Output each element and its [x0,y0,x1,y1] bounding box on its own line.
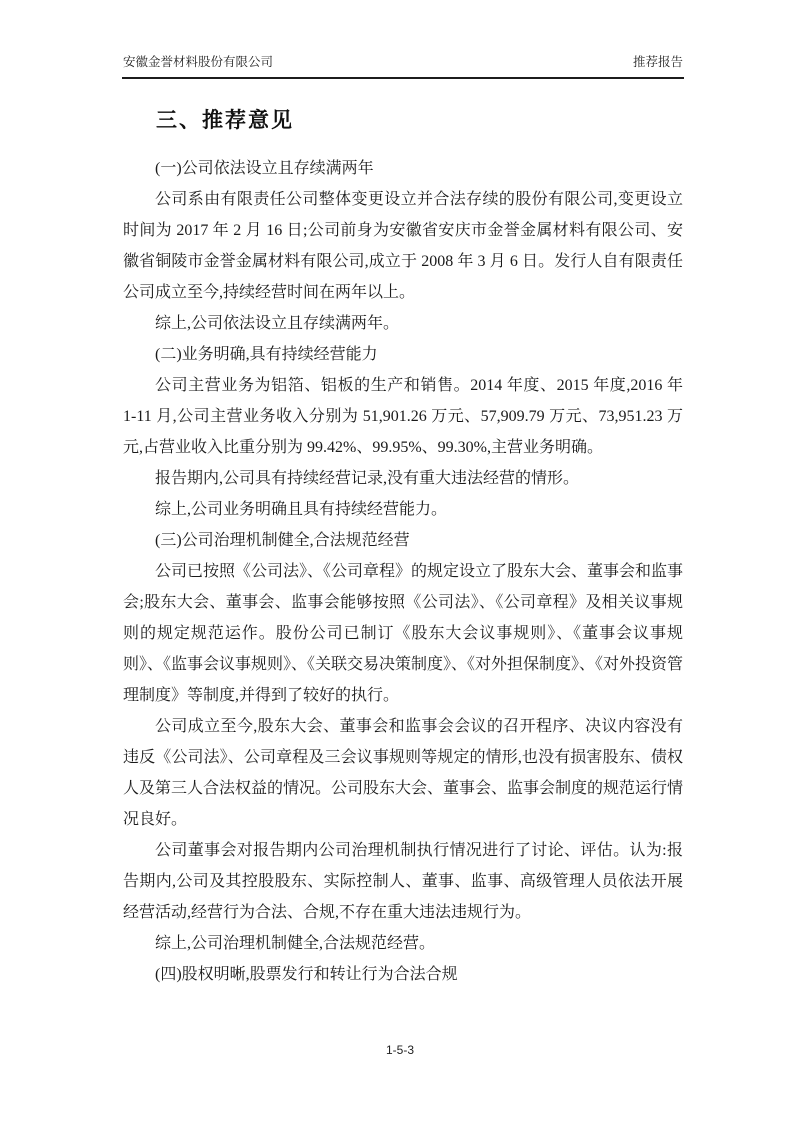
page-number: 1-5-3 [386,1043,414,1057]
header-report-type: 推荐报告 [633,54,683,70]
page-footer: 1-5-3 [0,1043,800,1057]
subsection-heading-3: (三)公司治理机制健全,合法规范经营 [123,525,683,556]
subsection-heading-2: (二)业务明确,具有持续经营能力 [123,339,683,370]
section-title: 三、推荐意见 [156,105,683,135]
subsection-heading-4: (四)股权明晰,股票发行和转让行为合法合规 [123,959,683,990]
body-paragraph: 综上,公司业务明确且具有持续经营能力。 [123,494,683,525]
subsection-heading-1: (一)公司依法设立且存续满两年 [123,153,683,184]
header-company-name: 安徽金誉材料股份有限公司 [123,54,273,70]
body-paragraph: 公司系由有限责任公司整体变更设立并合法存续的股份有限公司,变更设立时间为 201… [123,184,683,308]
document-page: 安徽金誉材料股份有限公司 推荐报告 三、推荐意见 (一)公司依法设立且存续满两年… [0,0,800,1131]
body-paragraph: 公司已按照《公司法》、《公司章程》的规定设立了股东大会、董事会和监事会;股东大会… [123,556,683,711]
body-paragraph: 公司董事会对报告期内公司治理机制执行情况进行了讨论、评估。认为:报告期内,公司及… [123,835,683,928]
body-paragraph: 报告期内,公司具有持续经营记录,没有重大违法经营的情形。 [123,463,683,494]
body-paragraph: 综上,公司依法设立且存续满两年。 [123,308,683,339]
body-paragraph: 综上,公司治理机制健全,合法规范经营。 [123,928,683,959]
body-paragraph: 公司主营业务为铝箔、铝板的生产和销售。2014 年度、2015 年度,2016 … [123,370,683,463]
document-content: 三、推荐意见 (一)公司依法设立且存续满两年 公司系由有限责任公司整体变更设立并… [0,79,800,990]
body-paragraph: 公司成立至今,股东大会、董事会和监事会会议的召开程序、决议内容没有违反《公司法》… [123,711,683,835]
page-header: 安徽金誉材料股份有限公司 推荐报告 [0,0,800,70]
